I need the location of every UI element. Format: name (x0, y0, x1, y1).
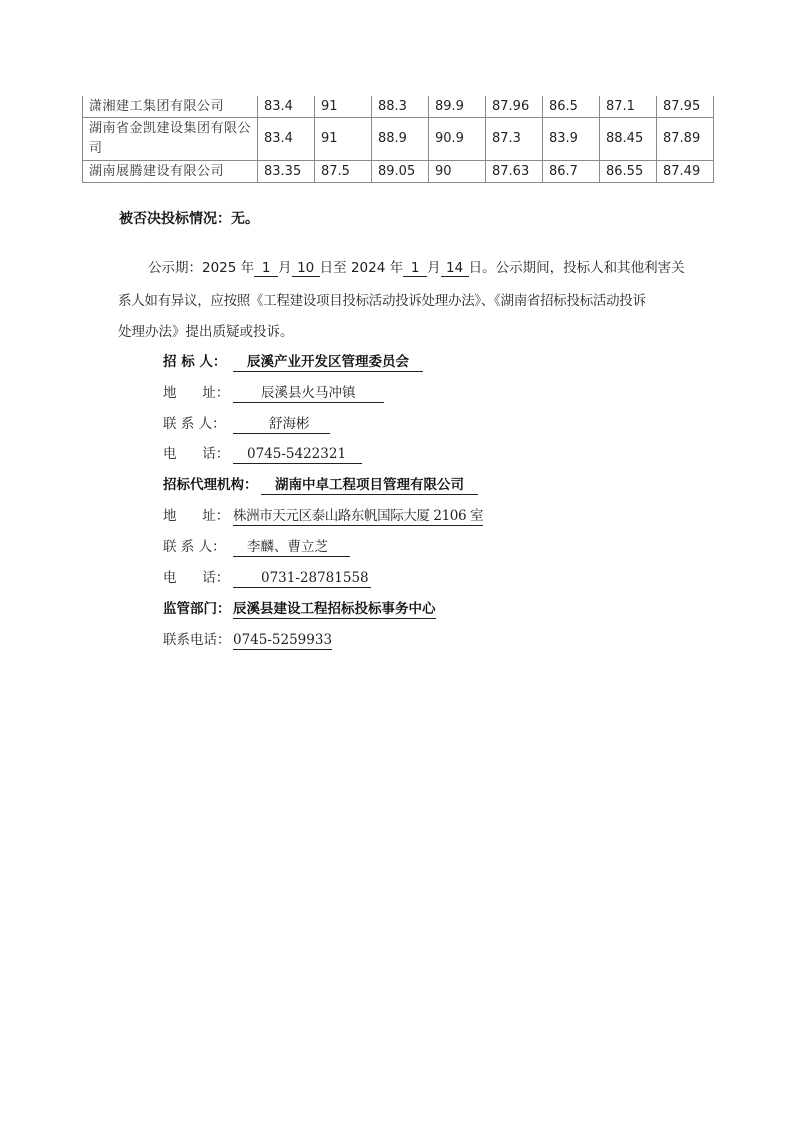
year-label: 年 (241, 260, 255, 276)
month-label: 月 (427, 260, 441, 276)
supervisor-row: 监管部门：辰溪县建设工程招标投标事务中心 (163, 597, 436, 619)
score-cell: 83.4 (258, 118, 315, 161)
score-cell: 90.9 (429, 118, 486, 161)
supervisor-label: 监管部门： (163, 597, 233, 617)
agency-label: 招标代理机构： (163, 473, 261, 493)
address-label: 地 址： (163, 504, 233, 524)
supervisor-name: 辰溪县建设工程招标投标事务中心 (233, 601, 436, 619)
table-row: 潇湘建工集团有限公司 83.4 91 88.3 89.9 87.96 86.5 … (83, 96, 714, 118)
address-label: 地 址： (163, 381, 233, 401)
final-score-cell: 87.49 (657, 161, 714, 183)
score-cell: 86.7 (543, 161, 600, 183)
score-cell: 86.55 (600, 161, 657, 183)
phone-label: 电 话： (163, 566, 233, 586)
company-name: 湖南省金凯建设集团有限公司 (83, 118, 258, 161)
agency-contact-row: 联 系 人：李麟、曹立芝 (163, 535, 350, 557)
score-cell: 83.35 (258, 161, 315, 183)
score-cell: 91 (315, 96, 372, 118)
document-page: 潇湘建工集团有限公司 83.4 91 88.3 89.9 87.96 86.5 … (0, 0, 793, 1122)
score-cell: 87.3 (486, 118, 543, 161)
supervisor-phone: 0745-5259933 (233, 632, 332, 650)
agency-address-row: 地 址：株洲市天元区泰山路东帆国际大厦 2106 室 (163, 504, 483, 526)
tenderer-contact-row: 联 系 人：舒海彬 (163, 412, 330, 434)
score-cell: 83.4 (258, 96, 315, 118)
score-cell: 88.45 (600, 118, 657, 161)
publicity-line1-tail: 公示期间，投标人和其他利害关 (496, 260, 685, 276)
start-month: 1 (254, 260, 278, 277)
day-end-label: 日。 (469, 260, 496, 276)
start-year: 2025 (202, 260, 236, 276)
supervisor-phone-label: 联系电话： (163, 628, 233, 648)
agency-phone-row: 电 话：0731-28781558 (163, 566, 371, 588)
end-year: 2024 (351, 260, 385, 276)
score-cell: 89.9 (429, 96, 486, 118)
score-cell: 83.9 (543, 118, 600, 161)
company-name: 潇湘建工集团有限公司 (83, 96, 258, 118)
final-score-cell: 87.95 (657, 96, 714, 118)
end-month: 1 (403, 260, 427, 277)
final-score-cell: 87.89 (657, 118, 714, 161)
tenderer-label: 招 标 人： (163, 350, 233, 370)
publicity-prefix: 公示期： (148, 260, 202, 276)
start-day: 10 (292, 260, 320, 277)
tenderer-phone: 0745-5422321 (233, 446, 362, 464)
year-label: 年 (390, 260, 404, 276)
end-day: 14 (441, 260, 469, 277)
company-name: 湖南展腾建设有限公司 (83, 161, 258, 183)
score-cell: 87.63 (486, 161, 543, 183)
day-to-label: 日至 (320, 260, 347, 276)
bid-score-table: 潇湘建工集团有限公司 83.4 91 88.3 89.9 87.96 86.5 … (82, 96, 714, 183)
score-cell: 86.5 (543, 96, 600, 118)
publicity-line3: 处理办法》提出质疑或投诉。 (118, 320, 294, 340)
score-cell: 88.3 (372, 96, 429, 118)
tenderer-address-row: 地 址：辰溪县火马冲镇 (163, 381, 384, 403)
contact-label: 联 系 人： (163, 535, 233, 555)
tenderer-phone-row: 电 话：0745-5422321 (163, 442, 362, 464)
tenderer-contact: 舒海彬 (233, 416, 330, 434)
score-cell: 87.96 (486, 96, 543, 118)
agency-phone: 0731-28781558 (233, 570, 371, 588)
month-label: 月 (278, 260, 292, 276)
agency-address: 株洲市天元区泰山路东帆国际大厦 2106 室 (233, 508, 483, 526)
score-cell: 91 (315, 118, 372, 161)
agency-name: 湖南中卓工程项目管理有限公司 (261, 477, 478, 495)
score-cell: 87.1 (600, 96, 657, 118)
table-row: 湖南展腾建设有限公司 83.35 87.5 89.05 90 87.63 86.… (83, 161, 714, 183)
contact-label: 联 系 人： (163, 412, 233, 432)
phone-label: 电 话： (163, 442, 233, 462)
score-cell: 88.9 (372, 118, 429, 161)
supervisor-phone-row: 联系电话：0745-5259933 (163, 628, 332, 650)
score-cell: 87.5 (315, 161, 372, 183)
table-row: 湖南省金凯建设集团有限公司 83.4 91 88.9 90.9 87.3 83.… (83, 118, 714, 161)
tenderer-address: 辰溪县火马冲镇 (233, 385, 384, 403)
publicity-line2: 系人如有异议，应按照《工程建设项目投标活动投诉处理办法》、《湖南省招标投标活动投… (118, 289, 646, 309)
score-cell: 89.05 (372, 161, 429, 183)
tenderer-row: 招 标 人：辰溪产业开发区管理委员会 (163, 350, 423, 372)
tenderer-name: 辰溪产业开发区管理委员会 (233, 354, 423, 372)
score-cell: 90 (429, 161, 486, 183)
rejected-bids-statement: 被否决投标情况：无。 (119, 208, 259, 228)
agency-contact: 李麟、曹立芝 (233, 539, 350, 557)
agency-row: 招标代理机构：湖南中卓工程项目管理有限公司 (163, 473, 478, 495)
publicity-period-line: 公示期：2025 年1月10日至 2024 年1月14日。公示期间，投标人和其他… (148, 256, 685, 277)
